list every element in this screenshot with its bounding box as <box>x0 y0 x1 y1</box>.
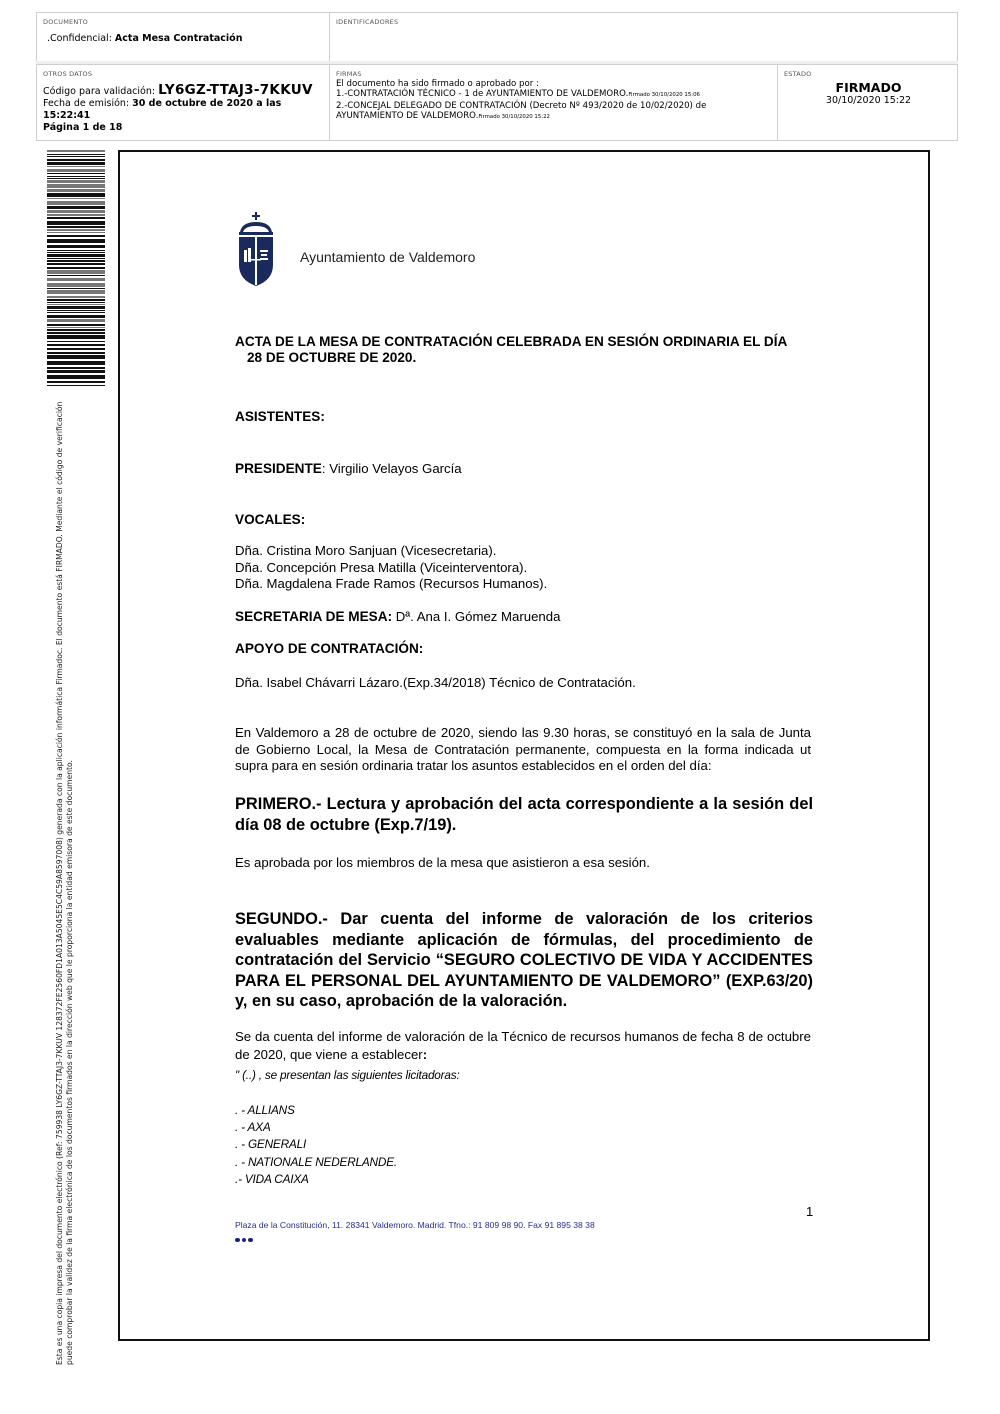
header-row-top: DOCUMENTO .Confidencial: Acta Mesa Contr… <box>36 12 958 62</box>
status-date: 30/10/2020 15:22 <box>778 95 959 106</box>
licitadoras-list: . - ALLIANS . - AXA . - GENERALI . - NAT… <box>235 1102 397 1188</box>
licitadora-item: . - AXA <box>235 1119 397 1136</box>
apoyo-line: Dña. Isabel Chávarri Lázaro.(Exp.34/2018… <box>235 675 636 692</box>
verification-side-text: Esta es una copia impresa del documento … <box>55 395 75 1365</box>
signature-header: DOCUMENTO .Confidencial: Acta Mesa Contr… <box>36 12 958 141</box>
estado-label: ESTADO <box>784 70 811 78</box>
identificadores-label: IDENTIFICADORES <box>336 18 398 26</box>
status-badge: FIRMADO <box>778 80 959 95</box>
segundo-heading: SEGUNDO.- Dar cuenta del informe de valo… <box>235 909 813 1012</box>
heading-line-1: ACTA DE LA MESA DE CONTRATACIÓN CELEBRAD… <box>235 334 787 349</box>
vocal-item: Dña. Cristina Moro Sanjuan (Vicesecretar… <box>235 543 547 560</box>
primero-text: Es aprobada por los miembros de la mesa … <box>235 855 650 872</box>
document-title: .Confidencial: Acta Mesa Contratación <box>47 33 242 44</box>
vocal-item: Dña. Magdalena Frade Ramos (Recursos Hum… <box>235 576 547 593</box>
asistentes-heading: ASISTENTES: <box>235 409 325 424</box>
barcode-icon <box>47 150 105 386</box>
apoyo-heading: APOYO DE CONTRATACIÓN: <box>235 641 423 656</box>
heading-line-2: 28 DE OCTUBRE DE 2020. <box>235 350 835 366</box>
otros-datos-content: Código para validación: LY6GZ-TTAJ3-7KKU… <box>43 84 329 134</box>
otros-datos-cell: OTROS DATOS Código para validación: LY6G… <box>37 65 329 140</box>
licitadora-item: . - GENERALI <box>235 1136 397 1153</box>
segundo-text: Se da cuenta del informe de valoración d… <box>235 1028 811 1064</box>
firmas-intro: El documento ha sido firmado o aprobado … <box>336 79 706 89</box>
document-heading: ACTA DE LA MESA DE CONTRATACIÓN CELEBRAD… <box>235 334 835 366</box>
otros-datos-label: OTROS DATOS <box>43 70 92 78</box>
footer-dots-icon <box>235 1234 255 1245</box>
coat-of-arms-logo-icon <box>236 210 276 290</box>
logo-text: Ayuntamiento de Valdemoro <box>300 249 475 265</box>
intro-paragraph: En Valdemoro a 28 de octubre de 2020, si… <box>235 725 811 775</box>
estado-cell: ESTADO FIRMADO 30/10/2020 15:22 <box>777 65 959 140</box>
side-text-line-2: puede comprobar la validez de la firma e… <box>65 395 75 1365</box>
licitadora-item: .- VIDA CAIXA <box>235 1171 397 1188</box>
vocales-heading: VOCALES: <box>235 512 305 527</box>
validation-code: Código para validación: LY6GZ-TTAJ3-7KKU… <box>43 84 329 98</box>
signer-2: 2.-CONCEJAL DELEGADO DE CONTRATACIÓN (De… <box>336 101 706 111</box>
documento-cell: DOCUMENTO .Confidencial: Acta Mesa Contr… <box>37 13 329 61</box>
footer-address: Plaza de la Constitución, 11. 28341 Vald… <box>235 1220 595 1230</box>
vocal-item: Dña. Concepción Presa Matilla (Viceinter… <box>235 560 547 577</box>
secretaria-line: SECRETARIA DE MESA: Dª. Ana I. Gómez Mar… <box>235 609 560 626</box>
identificadores-cell: IDENTIFICADORES <box>329 13 959 61</box>
emission-date: Fecha de emisión: 30 de octubre de 2020 … <box>43 98 329 122</box>
documento-label: DOCUMENTO <box>43 18 88 26</box>
signer-2-cont: AYUNTAMIENTO DE VALDEMORO.Firmado 30/10/… <box>336 111 706 122</box>
page-number: 1 <box>806 1204 813 1219</box>
firmas-cell: FIRMAS El documento ha sido firmado o ap… <box>329 65 777 140</box>
header-row-bottom: OTROS DATOS Código para validación: LY6G… <box>36 64 958 141</box>
primero-heading: PRIMERO.- Lectura y aprobación del acta … <box>235 794 813 835</box>
document-page: Ayuntamiento de Valdemoro ACTA DE LA MES… <box>118 150 930 1341</box>
licitadora-item: . - ALLIANS <box>235 1102 397 1119</box>
vocales-list: Dña. Cristina Moro Sanjuan (Vicesecretar… <box>235 543 547 593</box>
signer-1: 1.-CONTRATACIÓN TÉCNICO - 1 de AYUNTAMIE… <box>336 89 706 100</box>
firmas-label: FIRMAS <box>336 70 362 78</box>
firmas-content: El documento ha sido firmado o aprobado … <box>336 79 706 122</box>
presidente-line: PRESIDENTE: Virgilio Velayos García <box>235 461 462 478</box>
page-count: Página 1 de 18 <box>43 122 329 134</box>
side-text-line-1: Esta es una copia impresa del documento … <box>55 395 65 1365</box>
quote-intro: " (..) , se presentan las siguientes lic… <box>235 1067 460 1084</box>
licitadora-item: . - NATIONALE NEDERLANDE. <box>235 1154 397 1171</box>
